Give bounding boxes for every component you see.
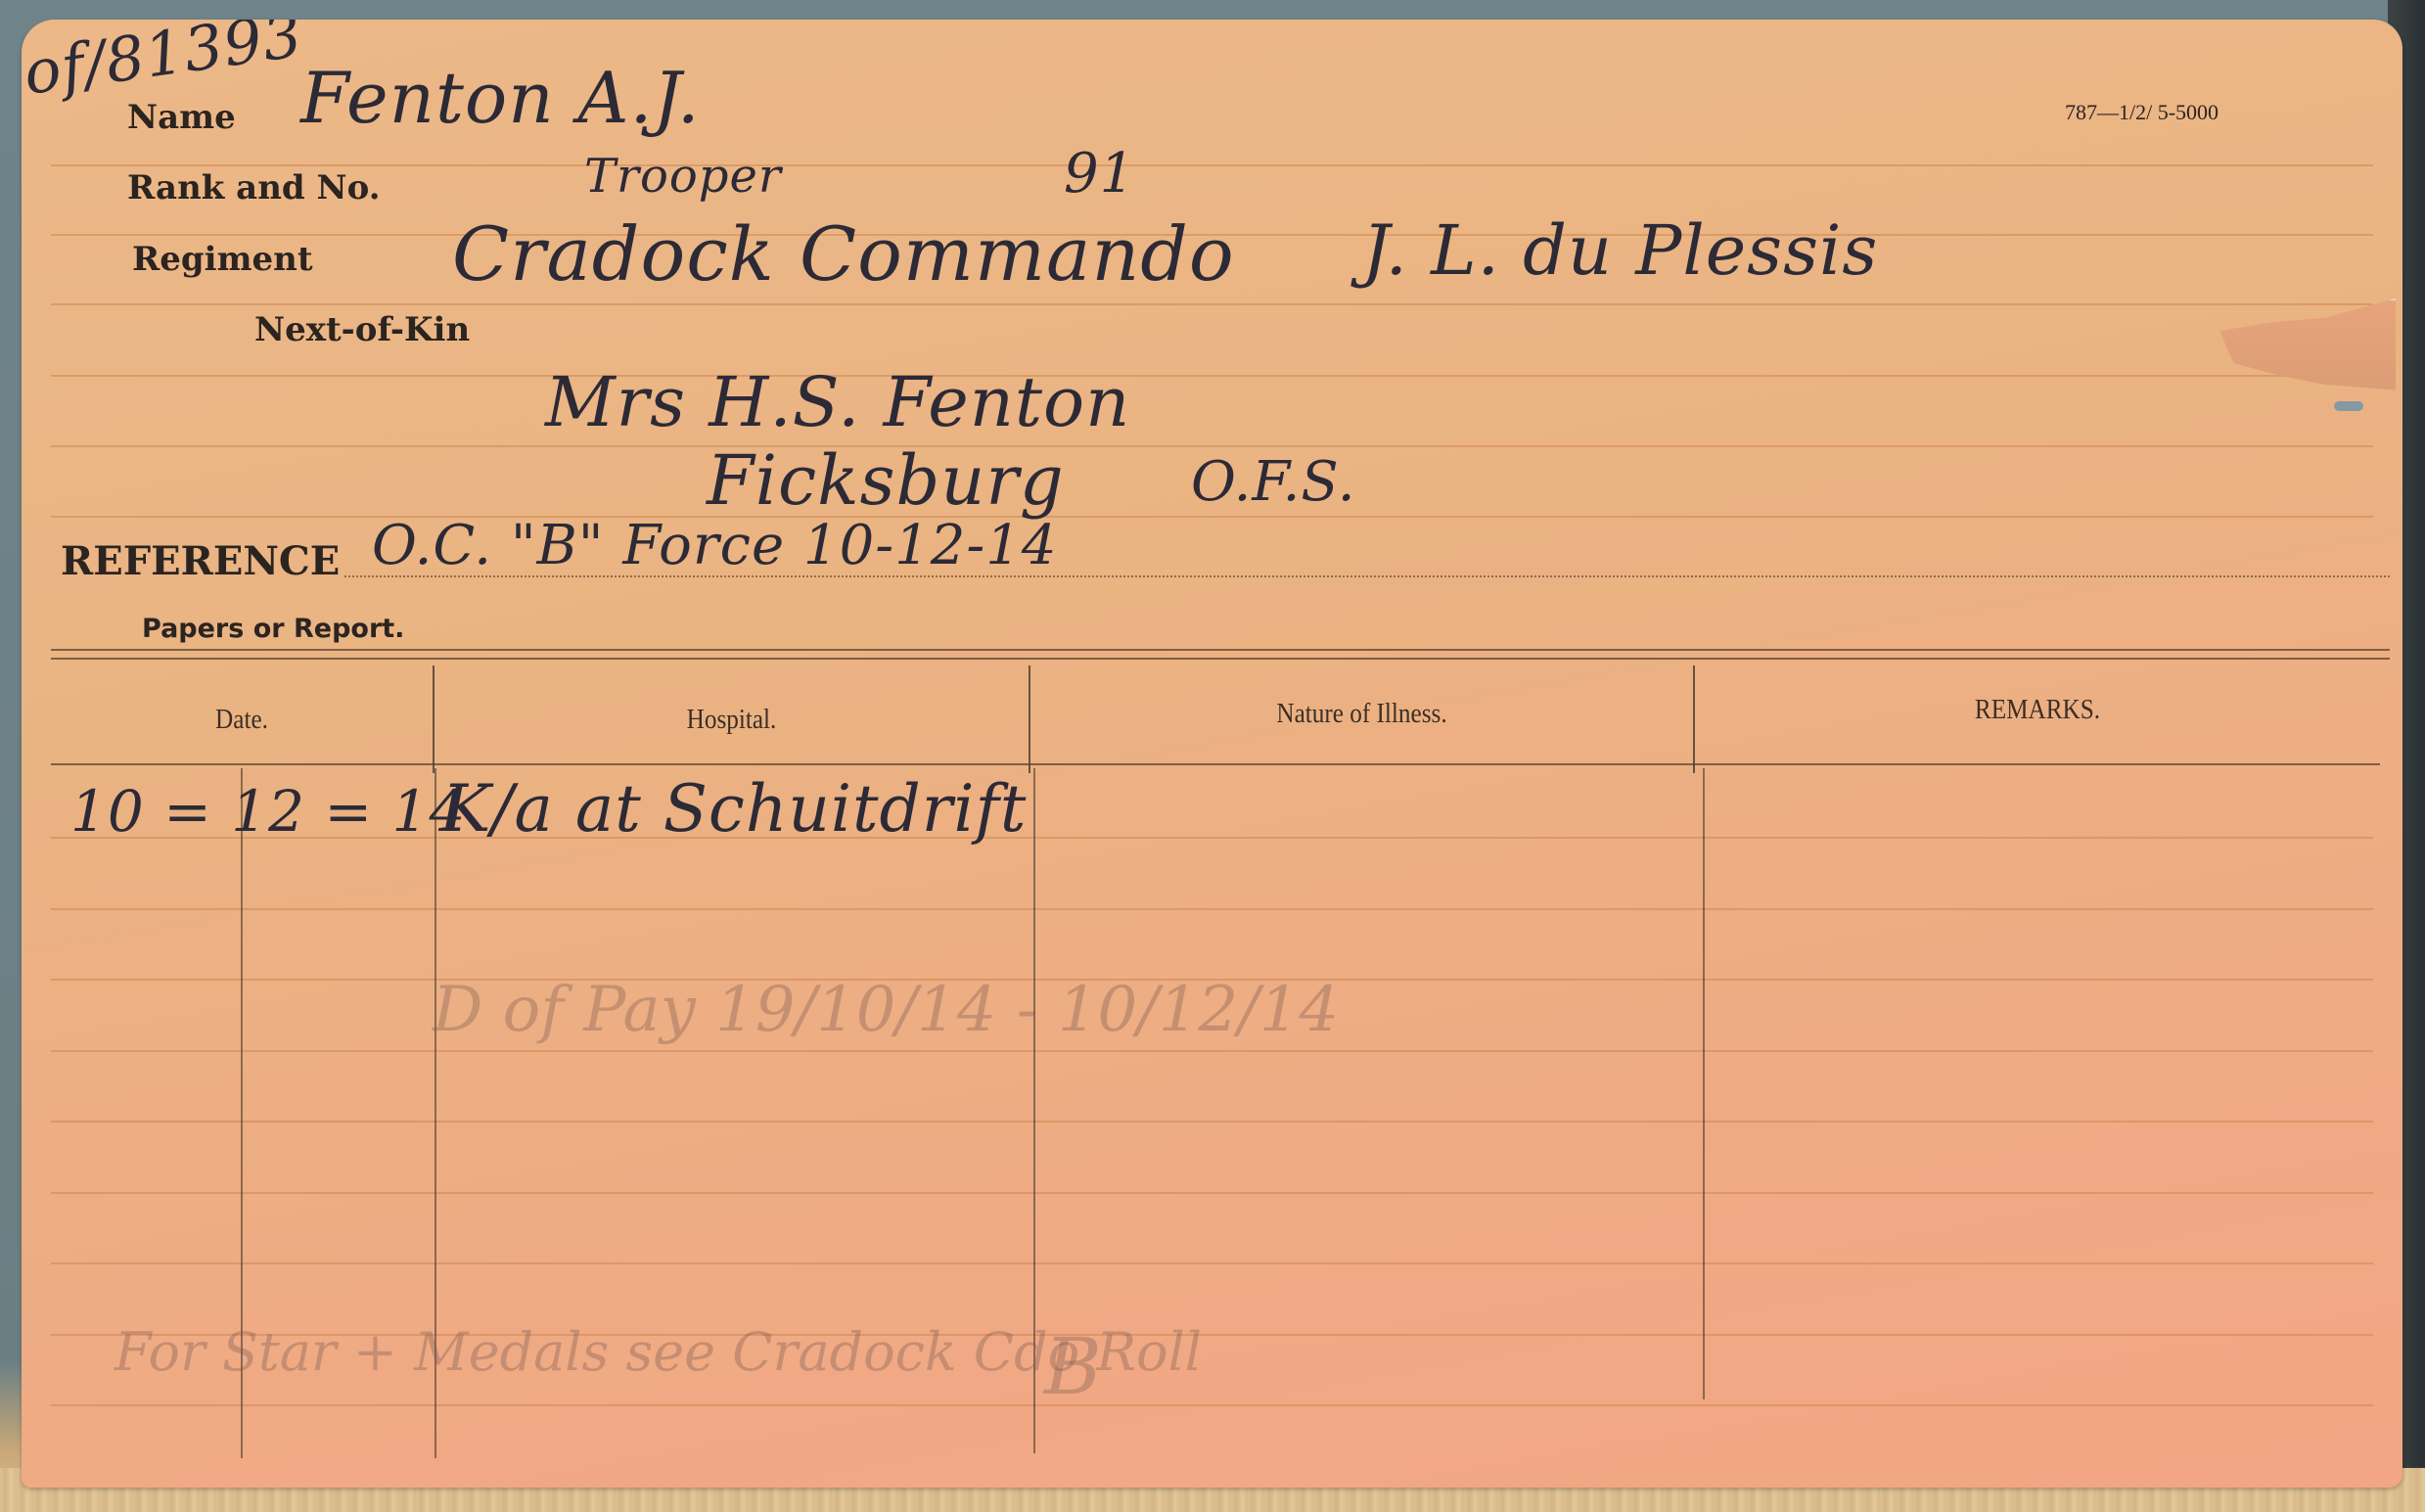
column-divider <box>433 665 435 773</box>
ruled-line <box>51 1262 2373 1264</box>
next-of-kin-region: O.F.S. <box>1191 450 1356 514</box>
column-divider <box>1029 665 1030 773</box>
column-divider <box>1693 665 1695 773</box>
row-hospital: K/a at Schuitdrift <box>442 771 1027 847</box>
reference-value: O.C. "B" Force 10-12-14 <box>372 514 1058 577</box>
column-header-remarks: REMARKS. <box>1729 695 2346 726</box>
file-number: of/81393 <box>22 20 307 109</box>
ruled-line <box>51 164 2373 166</box>
column-divider <box>1703 768 1705 1399</box>
ruled-line <box>51 908 2373 910</box>
ruled-line <box>51 1121 2373 1123</box>
casualty-record-card: 787—1/2/ 5-5000 of/81393 Name Fenton A.J… <box>22 20 2402 1488</box>
ruled-line <box>51 1192 2373 1194</box>
torn-speck <box>2334 401 2363 411</box>
ruled-line <box>51 303 2373 305</box>
rank-label: Rank and No. <box>127 168 381 207</box>
next-of-kin-label: Next-of-Kin <box>254 310 470 349</box>
pencil-pay-note: D of Pay 19/10/14 - 10/12/14 <box>433 974 1339 1046</box>
row-date: 10 = 12 = 14 <box>70 778 466 845</box>
header-bottom-rule <box>51 763 2380 765</box>
regiment-officer: J. L. du Plessis <box>1362 210 1878 291</box>
regiment-label: Regiment <box>132 240 313 279</box>
next-of-kin-town: Ficksburg <box>707 440 1065 521</box>
next-of-kin-name: Mrs H.S. Fenton <box>545 362 1130 442</box>
pencil-initial: B <box>1044 1321 1102 1412</box>
ruled-line <box>51 1404 2373 1406</box>
rank-value: Trooper <box>584 149 782 204</box>
number-value: 91 <box>1064 142 1135 206</box>
papers-label: Papers or Report. <box>142 614 404 644</box>
ruled-line <box>51 375 2373 377</box>
ruled-line <box>51 1050 2373 1052</box>
name-label: Name <box>127 98 236 137</box>
regiment-value: Cradock Commando <box>452 210 1235 298</box>
column-header-date: Date. <box>70 705 414 736</box>
column-header-nature-of-illness: Nature of Illness. <box>1064 699 1660 730</box>
table-top-rule <box>51 649 2390 651</box>
column-header-hospital: Hospital. <box>464 705 998 736</box>
name-value: Fenton A.J. <box>300 57 701 139</box>
ruled-line <box>51 445 2373 447</box>
table-top-rule <box>51 658 2390 660</box>
form-code: 787—1/2/ 5-5000 <box>2065 100 2219 125</box>
reference-label: REFERENCE <box>61 538 340 584</box>
pencil-footer-note: For Star + Medals see Cradock Cdo Roll <box>114 1321 1202 1383</box>
